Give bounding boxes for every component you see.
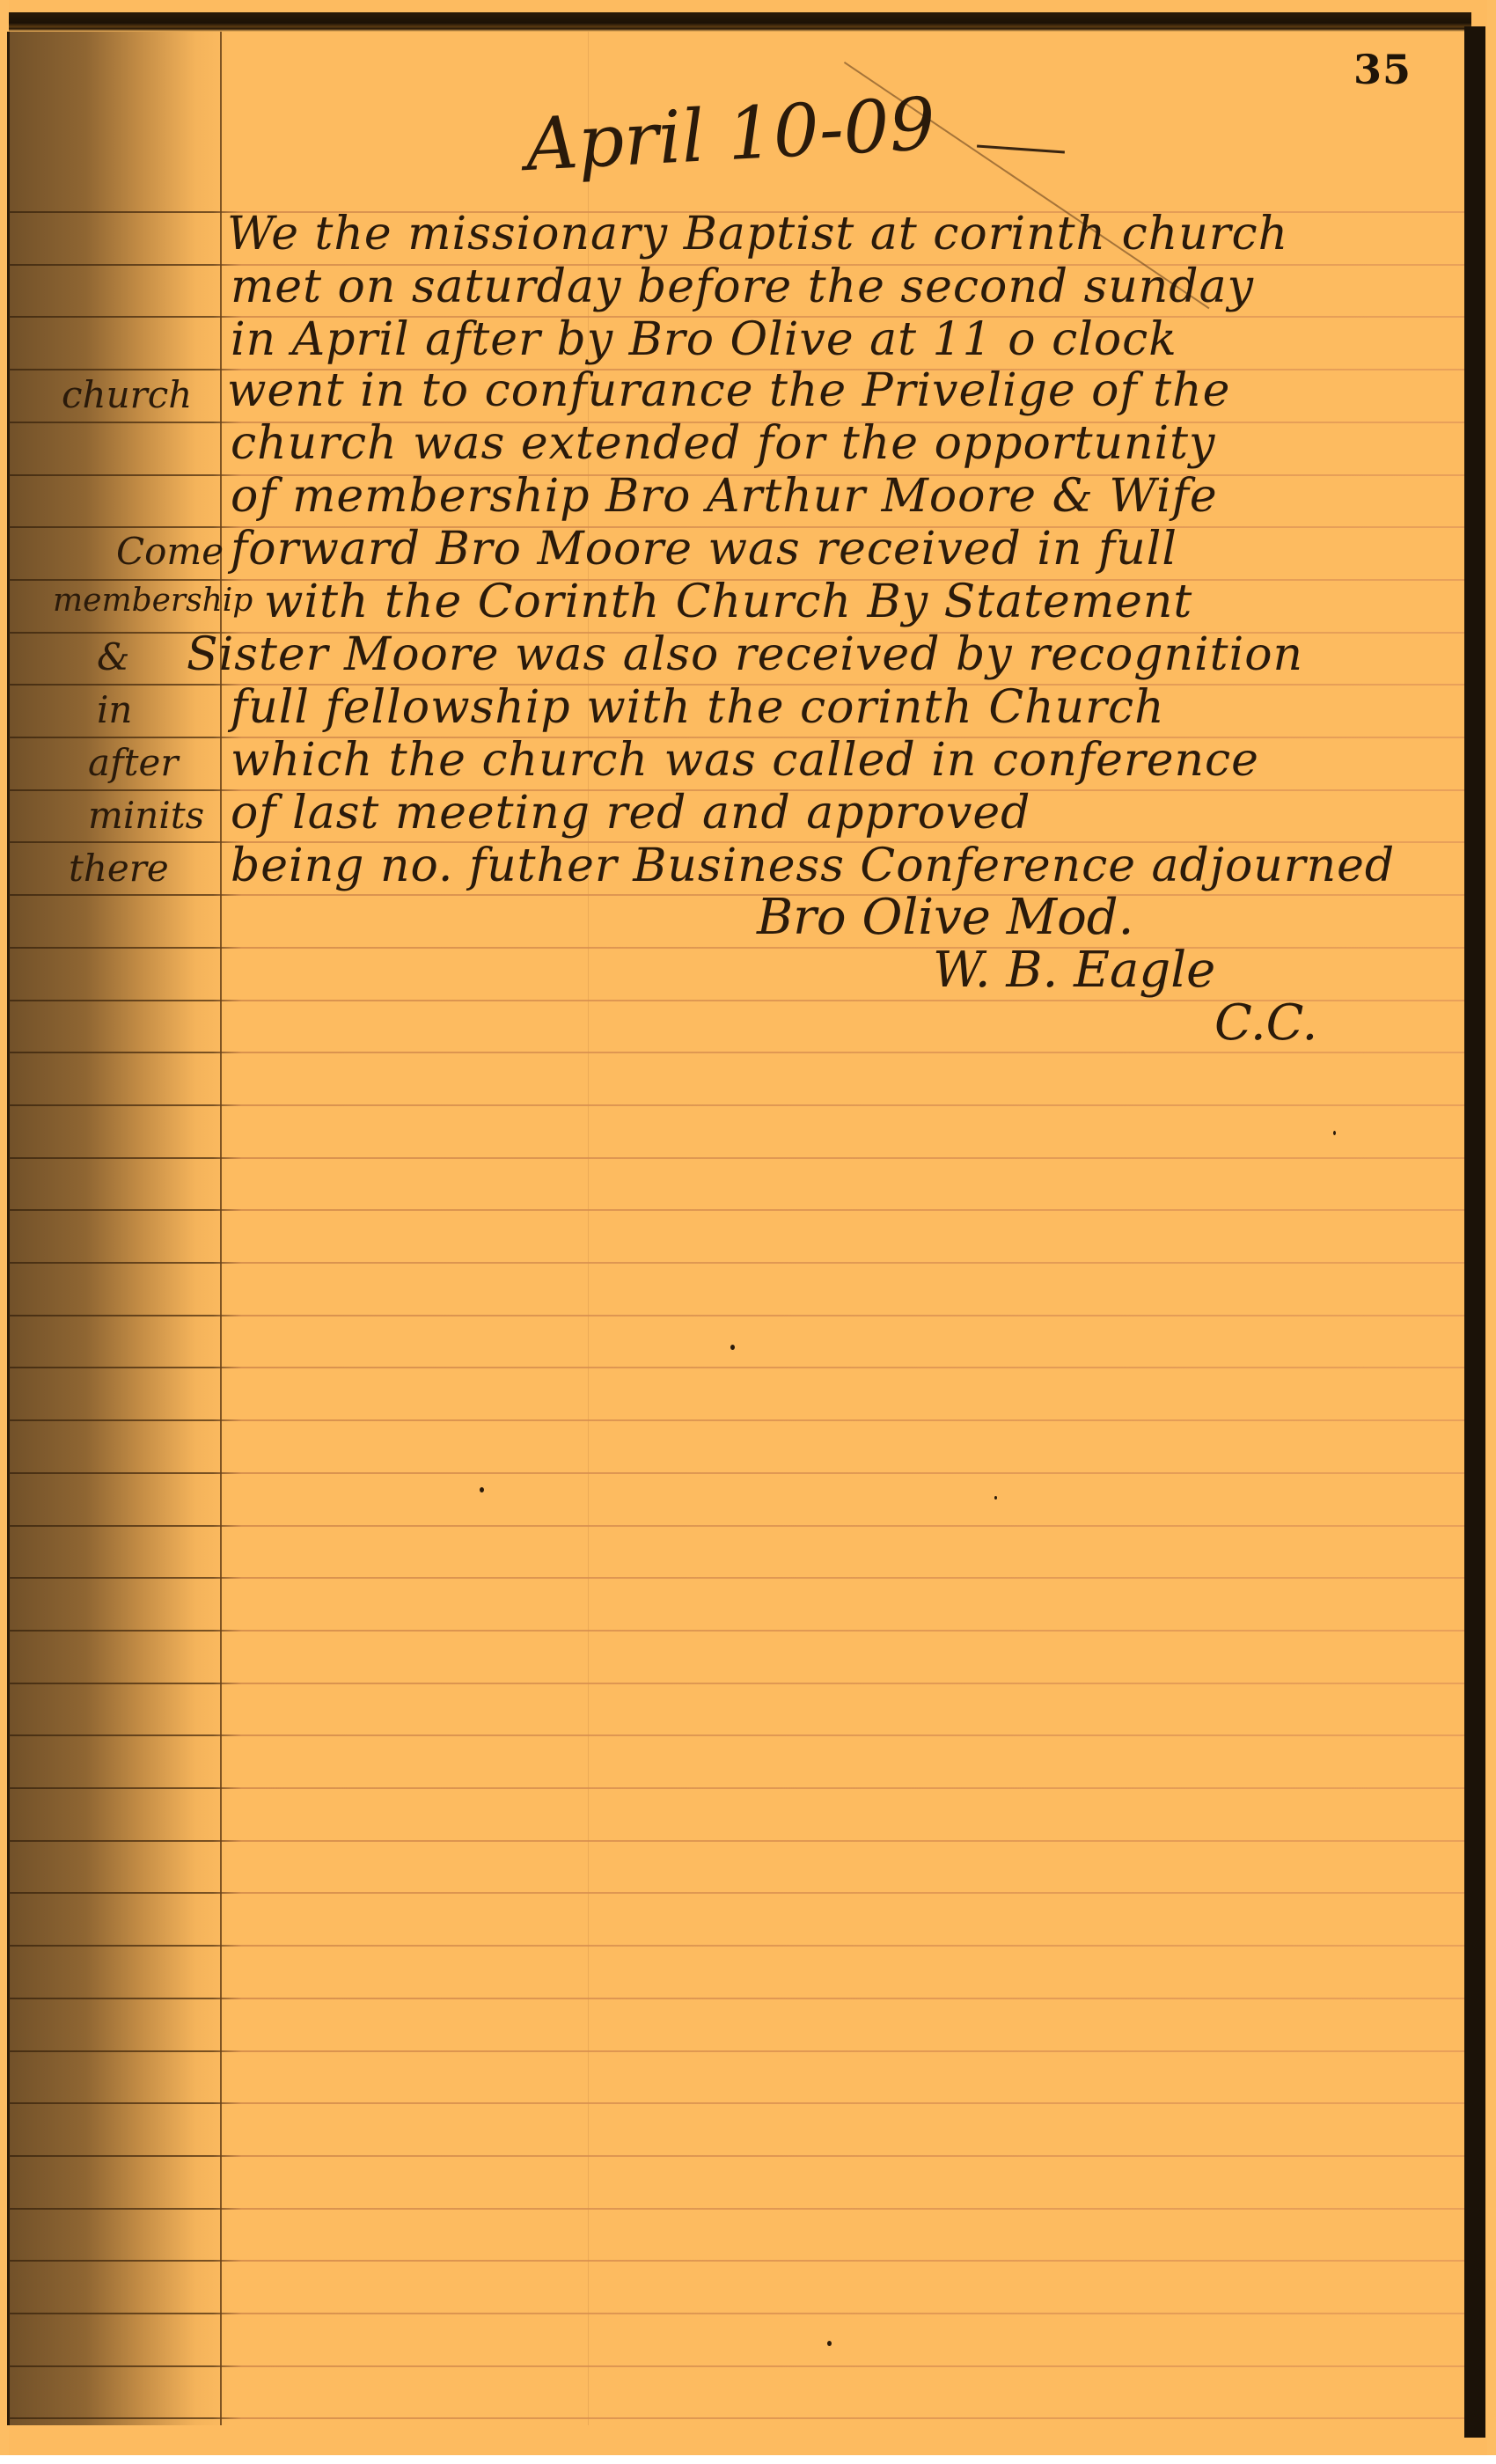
ink-speck [1333, 1131, 1336, 1135]
entry-line-5: church was extended for the opportunity [231, 417, 1215, 470]
margin-note-7: minits [88, 794, 204, 837]
entry-line-3: in April after by Bro Olive at 11 o cloc… [231, 313, 1177, 366]
margin-note-8: there [69, 847, 169, 890]
page-left-edge [7, 32, 10, 2425]
entry-line-4: went in to confurance the Privelige of t… [227, 364, 1230, 417]
rule-line [9, 1998, 1464, 1999]
rule-line [9, 1734, 1464, 1736]
rule-line [9, 2260, 1464, 2262]
rule-line [9, 1787, 1464, 1789]
clerk-signature: W. B. Eagle [933, 942, 1215, 999]
rule-line [9, 2365, 1464, 2367]
entry-line-11: which the church was called in conferenc… [231, 734, 1259, 787]
rule-line [9, 1472, 1464, 1474]
rule-line [9, 2050, 1464, 2052]
rule-line [9, 894, 1464, 896]
rule-line [9, 2102, 1464, 2104]
rule-line [9, 1892, 1464, 1894]
entry-line-12: of last meeting red and approved [231, 787, 1030, 840]
rule-line [9, 2313, 1464, 2314]
right-border [1464, 26, 1485, 2438]
entry-line-8: with the Corinth Church By Statement [264, 576, 1192, 628]
margin-note-1: church [62, 373, 192, 416]
ink-speck [730, 1345, 735, 1350]
page-number: 35 [1353, 46, 1412, 93]
rule-line [9, 1683, 1464, 1684]
rule-line [9, 1209, 1464, 1211]
rule-line [9, 1262, 1464, 1264]
margin-rule [220, 32, 222, 2425]
rule-line [9, 1419, 1464, 1421]
ink-speck [994, 1496, 997, 1500]
clerk-title: C.C. [1214, 994, 1317, 1052]
entry-line-1: We the missionary Baptist at corinth chu… [227, 208, 1288, 260]
entry-line-13: being no. futher Business Conference adj… [231, 840, 1395, 892]
moderator-signature: Bro Olive Mod. [757, 889, 1133, 946]
entry-line-9: Sister Moore was also received by recogn… [187, 628, 1303, 681]
rule-line [9, 1315, 1464, 1316]
entry-line-6: of membership Bro Arthur Moore & Wife [231, 470, 1218, 523]
rule-line [9, 1104, 1464, 1106]
ink-speck [480, 1487, 484, 1492]
rule-line [9, 2155, 1464, 2157]
rule-line [9, 1840, 1464, 1842]
rule-line [9, 1577, 1464, 1579]
margin-note-3: membership [53, 583, 253, 619]
rule-line [9, 2208, 1464, 2210]
rule-line [9, 2417, 1464, 2419]
rule-line [9, 1945, 1464, 1947]
rule-line [9, 947, 1464, 949]
margin-note-6: after [88, 741, 178, 784]
rule-line [9, 1630, 1464, 1632]
rule-line [9, 1367, 1464, 1368]
entry-line-2: met on saturday before the second sunday [231, 260, 1254, 313]
rule-line [9, 1525, 1464, 1527]
entry-line-10: full fellowship with the corinth Church [231, 681, 1165, 734]
rule-line [9, 1157, 1464, 1159]
margin-note-4: & [97, 635, 129, 678]
margin-note-5: in [97, 688, 132, 731]
top-border [9, 12, 1471, 32]
rule-line [9, 1052, 1464, 1053]
ink-speck [827, 2341, 832, 2346]
entry-line-7: forward Bro Moore was received in full [231, 523, 1177, 576]
margin-note-2: Come [116, 530, 224, 573]
scan-edge [0, 2455, 1496, 2464]
